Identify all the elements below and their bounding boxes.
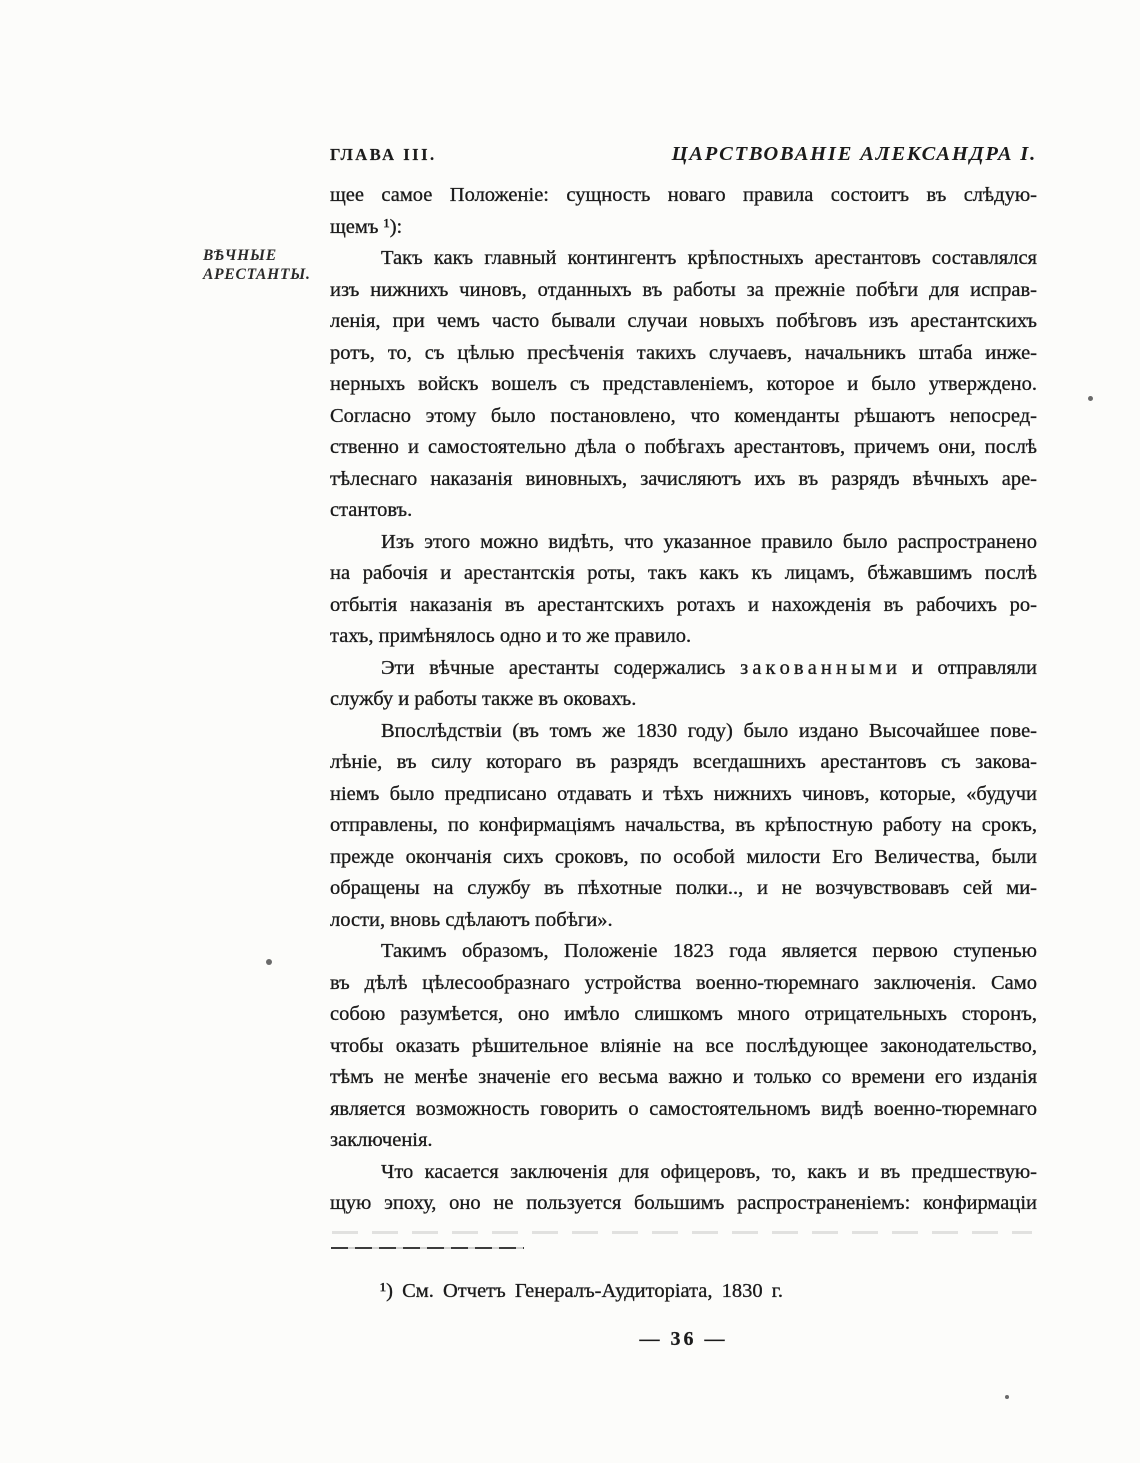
text-line: ленія, при чемъ часто бывали случаи новы… [330,306,1037,338]
text-line: щее самое Положеніе: сущность новаго пра… [330,180,1037,212]
scan-speck [1088,396,1093,401]
text-line: отправлены, по конфирмаціямъ начальства,… [330,810,1037,842]
footnote-divider [331,1247,524,1249]
page-number: — 36 — [330,1328,1037,1351]
text-line: чтобы оказать рѣшительное вліяніе на все… [330,1031,1037,1063]
text-line: отбытія наказанія въ арестантскихъ ротах… [330,590,1037,622]
footnote: ¹) См. Отчетъ Генералъ-Аудиторіата, 1830… [330,1276,1037,1307]
text-line: ственно и самостоятельно дѣла о побѣгахъ… [330,432,1037,464]
text-line: тѣмъ не менѣе значеніе его весьма важно … [330,1062,1037,1094]
margin-note-line: АРЕСТАНТЫ. [203,265,333,284]
running-title: ЦАРСТВОВАНІЕ АЛЕКСАНДРА I. [672,143,1037,166]
text-line: ніемъ было предписано отдавать и тѣхъ ни… [330,779,1037,811]
scan-smudge-line [332,1231,1032,1234]
text-line: Такимъ образомъ, Положеніе 1823 года явл… [330,936,1037,968]
scan-speck [266,959,272,965]
text-line: заключенія. [330,1125,1037,1157]
chapter-heading: ГЛАВА III. [330,145,437,165]
text-line: собою разумѣется, оно имѣло слишкомъ мно… [330,999,1037,1031]
running-head: ГЛАВА III. ЦАРСТВОВАНІЕ АЛЕКСАНДРА I. [330,143,1037,166]
text-line: въ дѣлѣ цѣлесообразнаго устройства военн… [330,968,1037,1000]
text-line: прежде окончанія сихъ сроковъ, по особой… [330,842,1037,874]
text-line: лости, вновь сдѣлаютъ побѣги». [330,905,1037,937]
text-line: тахъ, примѣнялось одно и то же правило. [330,621,1037,653]
body-text: щее самое Положеніе: сущность новаго пра… [330,180,1037,1220]
text-line: Эти вѣчные арестанты содержались з а к о… [330,653,1037,685]
margin-note-line: ВѢЧНЫЕ [203,246,333,265]
text-line: Такъ какъ главный контингентъ крѣпостных… [330,243,1037,275]
text-line: Изъ этого можно видѣть, что указанное пр… [330,527,1037,559]
text-line: нерныхъ войскъ вошелъ съ представленіемъ… [330,369,1037,401]
text-line: службу и работы также въ оковахъ. [330,684,1037,716]
scan-speck [1005,1395,1009,1399]
text-line: ротъ, то, съ цѣлью пресѣченія такихъ слу… [330,338,1037,370]
text-line: Впослѣдствіи (въ томъ же 1830 году) было… [330,716,1037,748]
text-line: щемъ ¹): [330,212,1037,244]
text-line: на рабочія и арестантскія роты, такъ как… [330,558,1037,590]
text-line: Что касается заключенія для офицеровъ, т… [330,1157,1037,1189]
text-line: тѣлеснаго наказанія виновныхъ, зачисляют… [330,464,1037,496]
text-line: щую эпоху, оно не пользуется большимъ ра… [330,1188,1037,1220]
margin-note: ВѢЧНЫЕ АРЕСТАНТЫ. [203,246,333,284]
text-line: обращены на службу въ пѣхотные полки.., … [330,873,1037,905]
text-line: является возможность говорить о самостоя… [330,1094,1037,1126]
footnote-text: ¹) См. Отчетъ Генералъ-Аудиторіата, 1830… [380,1280,783,1302]
text-line: Согласно этому было постановлено, что ко… [330,401,1037,433]
book-page: ГЛАВА III. ЦАРСТВОВАНІЕ АЛЕКСАНДРА I. ВѢ… [0,0,1140,1463]
text-line: лѣніе, въ силу котораго въ разрядъ всегд… [330,747,1037,779]
text-line: стантовъ. [330,495,1037,527]
text-line: изъ нижнихъ чиновъ, отданныхъ въ работы … [330,275,1037,307]
